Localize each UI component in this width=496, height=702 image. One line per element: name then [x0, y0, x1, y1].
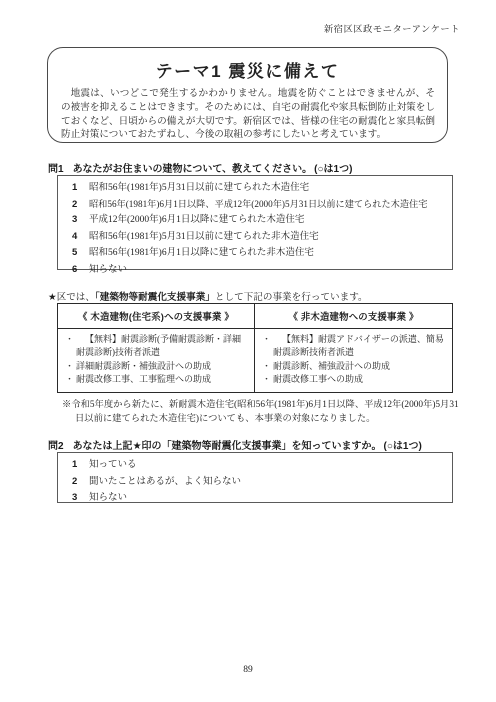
table-item: ・ 耐震改修工事への助成 [262, 373, 447, 386]
question2-text-after-star: 印の [142, 441, 162, 452]
option-number: 3 [72, 490, 89, 506]
bullet-icon: ・ [65, 333, 76, 360]
option-text: 昭和56年(1981年)6月1日以降、平成12年(2000年)5月31日以前に建… [89, 197, 427, 213]
star-note-after: として下記の事業を行っています。 [215, 292, 368, 303]
wooden-column-header: 《 木造建物(住宅系)への支援事業 》 [58, 304, 254, 329]
question2-text-before: あなたは上記 [73, 441, 133, 452]
option-number: 1 [72, 180, 89, 196]
star-icon: ★ [133, 441, 142, 452]
option-text: 昭和56年(1981年)5月31日以前に建てられた非木造住宅 [89, 230, 319, 246]
option-text: 知らない [89, 491, 127, 507]
q2-option-row: 3 知らない [72, 490, 448, 507]
table-footnote: ※令和5年度から新たに、新耐震木造住宅(昭和56年(1981年)6月1日以降、平… [62, 398, 467, 426]
bullet-icon: ・ [262, 373, 273, 386]
question2-label: 問2 [48, 441, 64, 452]
nonwooden-column-header: 《 非木造建物への支援事業 》 [255, 304, 452, 329]
page-number: 89 [0, 665, 496, 675]
question1-text: あなたがお住まいの建物について、教えてください。 [73, 164, 313, 175]
option-number: 1 [72, 457, 89, 473]
bullet-icon: ・ [262, 360, 273, 373]
q1-option-row: 1 昭和56年(1981年)5月31日以前に建てられた木造住宅 [72, 180, 448, 197]
question1-heading: 問1あなたがお住まいの建物について、教えてください。(○は1つ) [48, 160, 354, 175]
option-number: 2 [72, 474, 89, 490]
option-text: 平成12年(2000年)6月1日以降に建てられた木造住宅 [89, 213, 304, 229]
nonwooden-buildings-column: 《 非木造建物への支援事業 》 ・ 【無料】耐震アドバイザーの派遣、簡易耐震診断… [255, 304, 452, 392]
table-item: ・ 耐震改修工事、工事監理への助成 [65, 373, 249, 386]
q1-option-row: 3 平成12年(2000年)6月1日以降に建てられた木造住宅 [72, 212, 448, 229]
theme-box: テーマ1 震災に備えて 地震は、いつどこで発生するかわかりません。地震を防ぐこと… [47, 47, 448, 143]
option-number: 5 [72, 245, 89, 261]
wooden-column-items: ・ 【無料】耐震診断(予備耐震診断・詳細耐震診断)技術者派遣 ・ 詳細耐震診断・… [58, 329, 254, 387]
table-item: ・ 耐震診断、補強設計への助成 [262, 360, 447, 373]
document-header: 新宿区区政モニターアンケート [324, 21, 460, 35]
question2-text-after: を知っていますか。 [292, 441, 382, 452]
option-text: 昭和56年(1981年)6月1日以降に建てられた非木造住宅 [89, 246, 314, 262]
q1-option-row: 6 知らない [72, 262, 448, 279]
question2-options-box: 1 知っている 2 聞いたことはあるが、よく知らない 3 知らない [57, 452, 453, 503]
bullet-icon: ・ [262, 333, 273, 360]
theme-title: テーマ1 震災に備えて [48, 57, 447, 82]
nonwooden-column-items: ・ 【無料】耐震アドバイザーの派遣、簡易耐震診断技術者派遣 ・ 耐震診断、補強設… [255, 329, 452, 387]
q2-option-row: 2 聞いたことはあるが、よく知らない [72, 474, 448, 491]
support-program-note: ★区では、「建築物等耐震化支援事業」として下記の事業を行っています。 [48, 289, 368, 303]
bullet-icon: ・ [65, 360, 76, 373]
question1-options-box: 1 昭和56年(1981年)5月31日以前に建てられた木造住宅 2 昭和56年(… [57, 175, 453, 270]
star-icon: ★ [48, 292, 57, 303]
question2-heading: 問2あなたは上記★印の「建築物等耐震化支援事業」を知っていますか。(○は1つ) [48, 437, 424, 452]
bullet-icon: ・ [65, 373, 76, 386]
option-number: 4 [72, 229, 89, 245]
option-text: 知らない [89, 263, 127, 279]
wooden-buildings-column: 《 木造建物(住宅系)への支援事業 》 ・ 【無料】耐震診断(予備耐震診断・詳細… [58, 304, 255, 392]
option-text: 聞いたことはあるが、よく知らない [89, 475, 241, 491]
table-item: ・ 【無料】耐震診断(予備耐震診断・詳細耐震診断)技術者派遣 [65, 333, 249, 360]
option-number: 6 [72, 262, 89, 278]
theme-intro-text: 地震は、いつどこで発生するかわかりません。地震を防ぐことはできませんが、その被害… [61, 87, 435, 142]
question1-label: 問1 [48, 164, 64, 175]
support-programs-table: 《 木造建物(住宅系)への支援事業 》 ・ 【無料】耐震診断(予備耐震診断・詳細… [57, 303, 453, 393]
q1-option-row: 4 昭和56年(1981年)5月31日以前に建てられた非木造住宅 [72, 229, 448, 246]
option-number: 2 [72, 197, 89, 213]
option-text: 昭和56年(1981年)5月31日以前に建てられた木造住宅 [89, 181, 309, 197]
q1-option-row: 2 昭和56年(1981年)6月1日以降、平成12年(2000年)5月31日以前… [72, 197, 448, 213]
option-text: 知っている [89, 458, 137, 474]
questionnaire-page: 新宿区区政モニターアンケート テーマ1 震災に備えて 地震は、いつどこで発生する… [0, 0, 496, 702]
option-number: 3 [72, 212, 89, 228]
table-item: ・ 【無料】耐震アドバイザーの派遣、簡易耐震診断技術者派遣 [262, 333, 447, 360]
q1-option-row: 5 昭和56年(1981年)6月1日以降に建てられた非木造住宅 [72, 245, 448, 262]
q2-option-row: 1 知っている [72, 457, 448, 474]
table-item: ・ 詳細耐震診断・補強設計への助成 [65, 360, 249, 373]
star-note-before: 区では、 [57, 292, 95, 303]
